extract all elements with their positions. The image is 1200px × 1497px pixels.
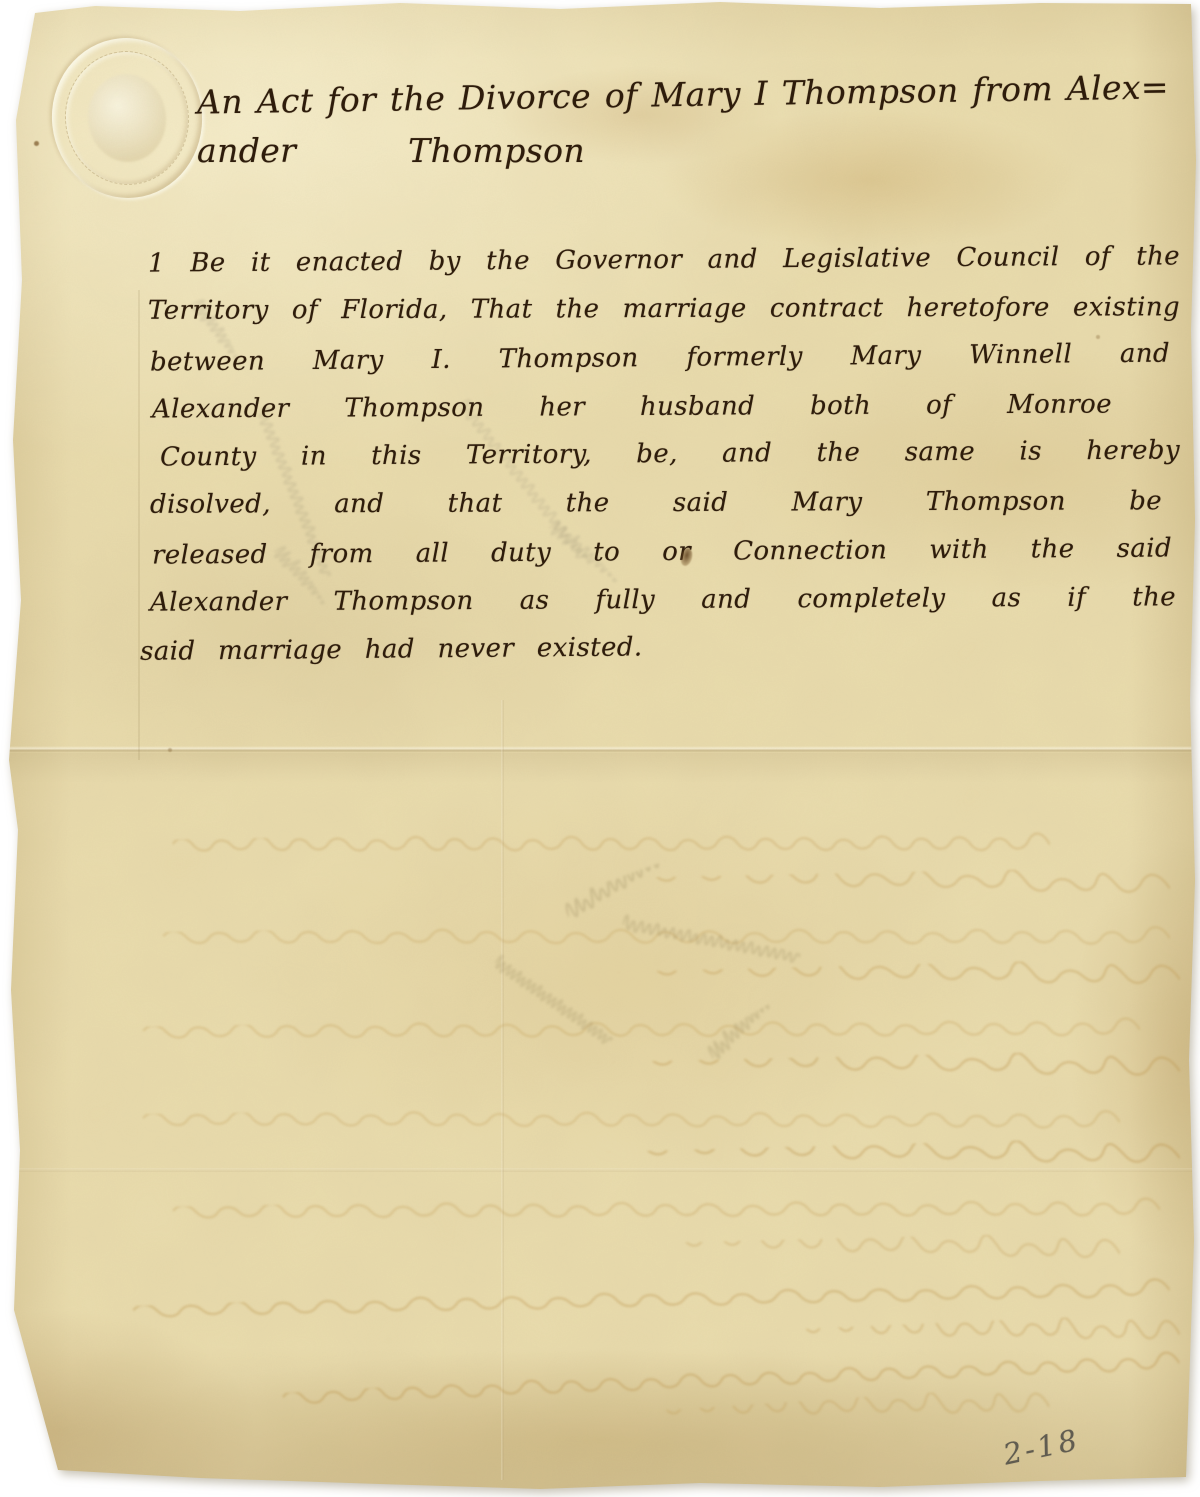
ink-bleedthrough-line: [170, 1189, 1160, 1240]
fold-crease-vertical-faint: [138, 290, 140, 760]
paper-speck: [34, 141, 39, 146]
ink-bleedthrough-line: [170, 824, 1050, 873]
manuscript-page-wrap: An Act for the Divorce of Mary I Thompso…: [0, 0, 1200, 1497]
manuscript-line: disolved, and that the said Mary Thompso…: [150, 481, 1162, 525]
scan-background: An Act for the Divorce of Mary I Thompso…: [0, 0, 1200, 1497]
manuscript-line: County in this Territory, be, and the sa…: [160, 430, 1180, 477]
ink-bleedthrough-line: [160, 918, 1170, 966]
manuscript-line: released from all duty to or Connection …: [152, 528, 1172, 575]
embossed-oval-seal: [44, 31, 210, 206]
ink-smudge: [562, 823, 779, 926]
manuscript-line: between Mary I. Thompson formerly Mary W…: [150, 334, 1170, 383]
document-title-line-1: An Act for the Divorce of Mary I Thompso…: [197, 62, 1170, 127]
manuscript-line: Territory of Florida, That the marriage …: [148, 287, 1180, 331]
paper-speck: [168, 748, 172, 752]
fold-crease-horizontal-faint: [0, 1168, 1200, 1172]
manuscript-line: 1 Be it enacted by the Governor and Legi…: [148, 236, 1180, 283]
archival-number: 2-18: [1000, 1422, 1083, 1471]
ink-bleedthrough-line: [140, 1009, 1140, 1060]
fold-crease-shadow: [0, 753, 1200, 783]
fold-crease-vertical: [501, 700, 504, 1480]
ink-bleedthrough-line: [40, 1136, 1181, 1202]
fold-crease-horizontal: [0, 746, 1200, 753]
ink-bleedthrough-line: [140, 1102, 1120, 1148]
manuscript-line: Alexander Thompson her husband both of M…: [152, 384, 1112, 429]
ink-bleedthrough-line: [190, 1232, 1121, 1289]
manuscript-page: An Act for the Divorce of Mary I Thompso…: [0, 0, 1200, 1497]
manuscript-line: said marriage had never existed.: [140, 626, 780, 672]
ink-smudge: [619, 907, 801, 983]
paper-speck: [1096, 335, 1100, 339]
ink-bleedthrough-line: [230, 1385, 1050, 1473]
document-title-line-2: ander Thompson: [197, 126, 585, 176]
ink-bleedthrough-line: [50, 1049, 1180, 1109]
ink-bleedthrough-line: [70, 866, 1170, 923]
ink-smudge: [487, 949, 614, 1062]
paper-grain-texture: [0, 0, 1200, 1497]
ink-bleedthrough-line: [380, 1313, 1181, 1382]
ink-smudge: [703, 962, 857, 1068]
ink-bleedthrough-line: [130, 1270, 1171, 1340]
manuscript-line: Alexander Thompson as fully and complete…: [150, 577, 1176, 622]
ink-bleedthrough-line: [280, 1343, 1180, 1427]
ink-bleedthrough-line: [60, 957, 1181, 1020]
